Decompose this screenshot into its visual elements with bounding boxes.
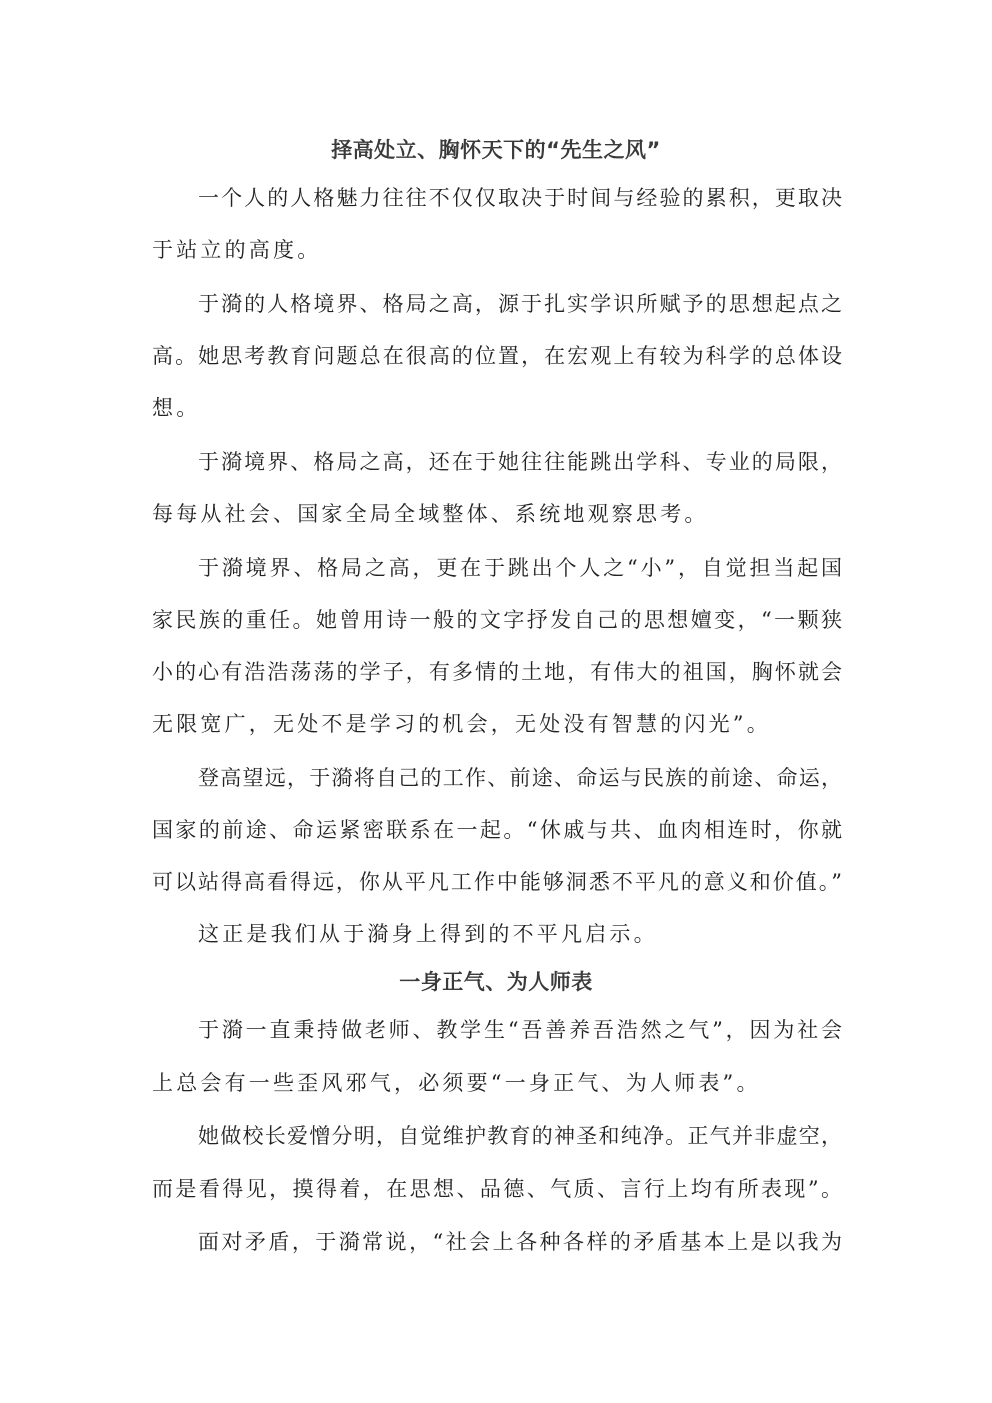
paragraph-line: 登高望远，于漪将自己的工作、前途、命运与民族的前途、命运， (198, 763, 842, 793)
paragraph-line: 她做校长爱憎分明，自觉维护教育的神圣和纯净。正气并非虚空， (198, 1121, 842, 1151)
paragraph-line: 面对矛盾，于漪常说，“社会上各种各样的矛盾基本上是以我为 (198, 1227, 842, 1257)
paragraph-line: 于漪境界、格局之高，更在于跳出个人之“小”，自觉担当起国 (198, 553, 842, 583)
paragraph-line: 每每从社会、国家全局全域整体、系统地观察思考。 (152, 499, 842, 529)
paragraph-line: 国家的前途、命运紧密联系在一起。“休戚与共、血肉相连时，你就 (152, 815, 842, 845)
paragraph-line: 于漪的人格境界、格局之高，源于扎实学识所赋予的思想起点之 (198, 289, 842, 319)
section-heading: 一身正气、为人师表 (0, 967, 992, 997)
section-heading: 择高处立、胸怀天下的“先生之风” (0, 135, 992, 165)
paragraph-line: 而是看得见，摸得着，在思想、品德、气质、言行上均有所表现”。 (152, 1174, 842, 1204)
document-page: 择高处立、胸怀天下的“先生之风” 一个人的人格魅力往往不仅仅取决于时间与经验的累… (0, 0, 992, 1403)
paragraph-line: 想。 (152, 393, 842, 423)
paragraph-line: 上总会有一些歪风邪气，必须要“一身正气、为人师表”。 (152, 1068, 842, 1098)
paragraph-line: 于漪一直秉持做老师、教学生“吾善养吾浩然之气”，因为社会 (198, 1015, 842, 1045)
paragraph-line: 一个人的人格魅力往往不仅仅取决于时间与经验的累积，更取决 (198, 183, 842, 213)
paragraph-line: 于站立的高度。 (152, 235, 842, 265)
paragraph-line: 高。她思考教育问题总在很高的位置，在宏观上有较为科学的总体设 (152, 341, 842, 371)
paragraph-line: 无限宽广，无处不是学习的机会，无处没有智慧的闪光”。 (152, 709, 842, 739)
paragraph-line: 家民族的重任。她曾用诗一般的文字抒发自己的思想嬗变，“一颗狭 (152, 605, 842, 635)
paragraph-line: 这正是我们从于漪身上得到的不平凡启示。 (198, 919, 842, 949)
paragraph-line: 小的心有浩浩荡荡的学子，有多情的土地，有伟大的祖国，胸怀就会 (152, 657, 842, 687)
paragraph-line: 于漪境界、格局之高，还在于她往往能跳出学科、专业的局限， (198, 447, 842, 477)
paragraph-line: 可以站得高看得远，你从平凡工作中能够洞悉不平凡的意义和价值。” (152, 867, 842, 897)
